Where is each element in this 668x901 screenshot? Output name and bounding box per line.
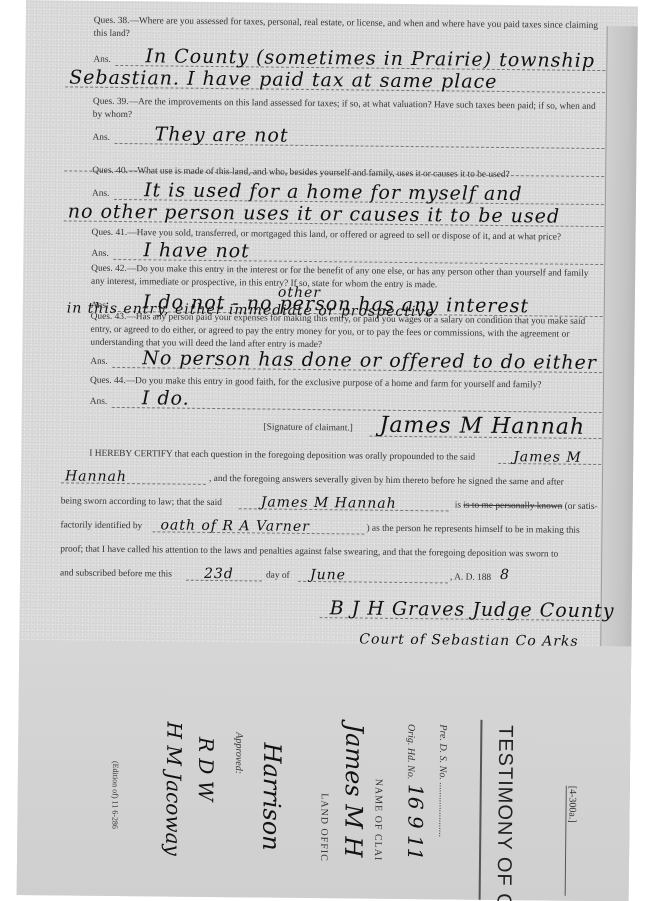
approved-signature-2: H M Jacoway	[161, 721, 186, 855]
handwritten-identifier: oath of R A Varner	[160, 517, 310, 535]
question-38-text: Ques. 38.—Where are you assessed for tax…	[66, 14, 606, 46]
handwritten-name: James M	[513, 449, 582, 466]
approved-signature-1: R D W	[194, 737, 219, 802]
back-fold-panel: [4-300a.] TESTIMONY OF C Pre. D. S. No. …	[17, 640, 632, 901]
question-42-text: Ques. 42.—Do you make this entry in the …	[63, 262, 603, 294]
claimant-name-label: NAME OF CLAI	[372, 779, 384, 862]
question-42: Ques. 42.—Do you make this entry in the …	[63, 262, 603, 294]
answer-38-line-2: Sebastian. I have paid tax at same place	[65, 66, 605, 96]
claimant-signature: James M Hannah	[379, 413, 585, 440]
handwritten-name: James M Hannah	[261, 494, 397, 511]
approved-label: Approved:	[233, 732, 244, 774]
answer-39-line-1: Ans. They are not	[64, 122, 604, 152]
land-office-label: LAND OFFIC	[318, 793, 330, 862]
printing-note: (Edition of) 11 6-286	[110, 761, 120, 829]
handwritten-answer: No person has done or offered to do eith…	[142, 347, 597, 374]
signature-label: [Signature of claimant.]	[263, 423, 352, 434]
handwritten-day: 23d	[204, 566, 234, 582]
pre-ds-number: Pre. D. S. No. ......................	[436, 724, 448, 837]
orig-hd-number: Orig. Hd. No.	[405, 724, 417, 779]
question-38: Ques. 38.—Where are you assessed for tax…	[66, 14, 606, 46]
handwritten-answer: I have not	[143, 239, 250, 262]
testimony-title: TESTIMONY OF C	[492, 725, 517, 901]
form-number: [4-300a.]	[566, 786, 577, 823]
official-signature: B J H Graves Judge County	[330, 597, 615, 622]
handwritten-answer: no other person uses it or causes it to …	[68, 200, 561, 227]
answer-40-line-2: no other person uses it or causes it to …	[64, 200, 604, 230]
document-page: Ques. 38.—Where are you assessed for tax…	[17, 0, 638, 901]
land-office-value: Harrison	[257, 742, 286, 850]
handwritten-answer: Sebastian. I have paid tax at same place	[69, 66, 498, 92]
handwritten-answer: They are not	[154, 123, 288, 146]
handwritten-month: June	[310, 567, 346, 583]
handwritten-name: Hannah	[65, 468, 127, 485]
handwritten-year: 8	[500, 567, 510, 583]
orig-hd-value: 16 9 11	[403, 784, 428, 861]
claimant-name-value: James M H	[339, 723, 368, 857]
answer-43-line-1: Ans. No person has done or offered to do…	[62, 346, 602, 376]
